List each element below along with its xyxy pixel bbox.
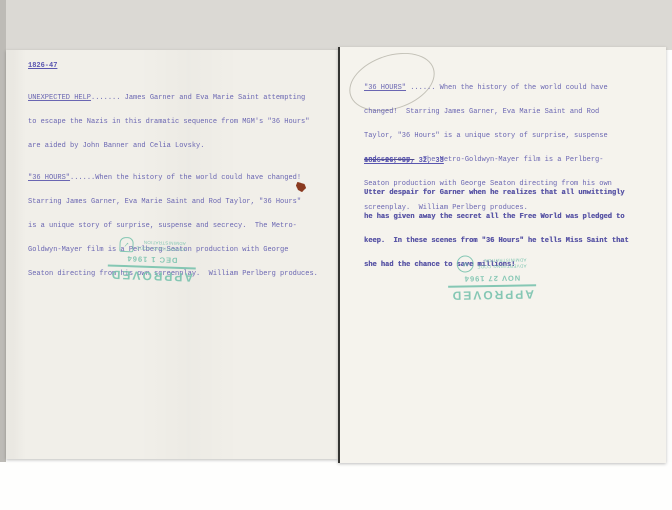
press-sheet-photo: 1826-47 UNEXPECTED HELP....... James Gar… [0,0,672,510]
synopsis-lead: "36 HOURS" [364,84,406,92]
photo-background-top [0,0,672,50]
photo-background-bottom [0,462,672,510]
caption-lead: UNEXPECTED HELP [28,94,91,102]
approved-stamp-text: APPROVED [108,264,196,284]
check-seal-icon: ✓ [119,237,134,252]
right-doc-number: 1826-26, 30, 32, 33 [364,157,444,165]
round-seal-icon: M [457,255,474,272]
stamp-org-text: ADVERTISING CODE ADMINISTRATION [477,257,527,269]
approval-stamp-right: APPROVED NOV 27 1964 ADVERTISING CODE AD… [440,254,545,303]
approval-stamp-left: APPROVED DEC 1 1964 ADVERTISING CODE ADM… [103,236,201,284]
stamp-date: DEC 1 1964 [126,254,177,265]
synopsis-lead: "36 HOURS" [28,174,70,182]
stamp-date: NOV 27 1964 [464,274,521,284]
right-press-page: "36 HOURS" ...... When the history of th… [338,47,666,463]
stamp-org-text: ADVERTISING CODE ADMINISTRATION [136,239,186,252]
left-doc-number: 1826-47 [28,62,57,70]
left-caption-paragraph: UNEXPECTED HELP....... James Garner and … [28,78,309,166]
left-press-page: 1826-47 UNEXPECTED HELP....... James Gar… [6,50,338,459]
approved-stamp-text: APPROVED [448,284,536,303]
